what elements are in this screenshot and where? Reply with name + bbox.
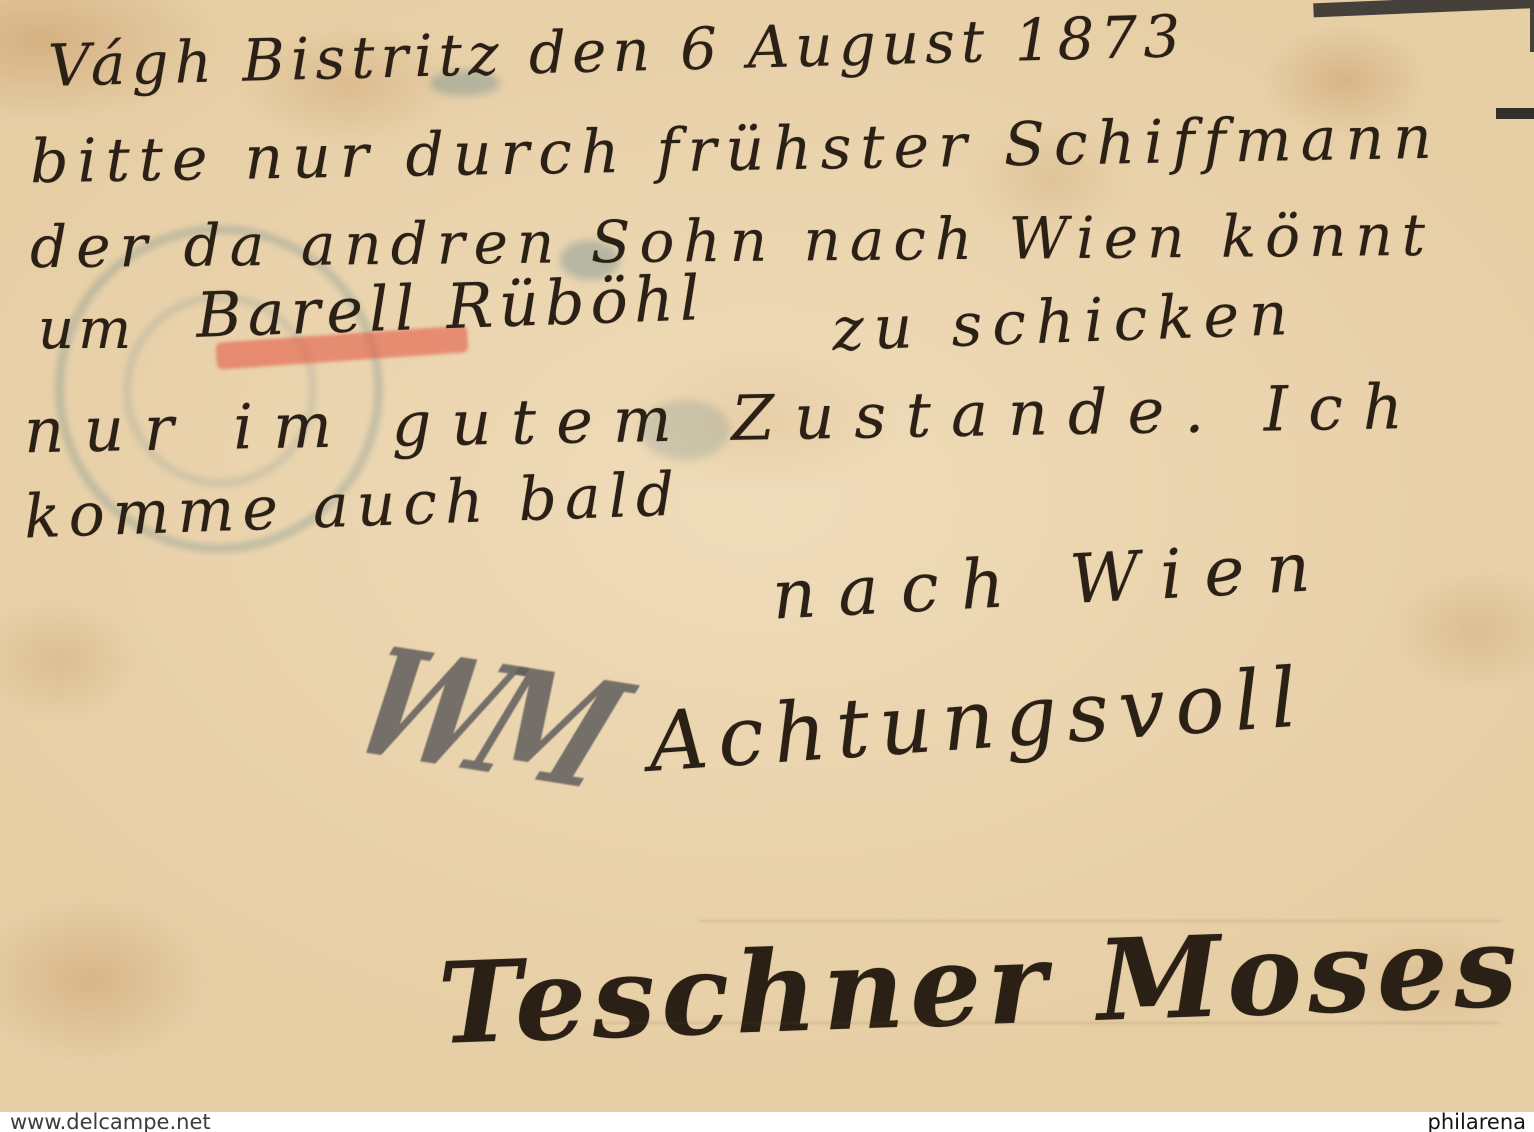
watermark-left: www.delcampe.net [10,1111,211,1132]
paper-crease [700,920,1500,922]
scan-edge [1496,108,1534,119]
body-line-2: der da andren Sohn nach Wien könnt [30,206,1434,276]
body-line-5b: nach Wien [771,533,1334,630]
pencil-note: WM [328,616,636,821]
postcard-scan: Vágh Bistritz den 6 August 1873 bitte nu… [0,0,1534,1132]
signature: Teschner Moses [436,911,1524,1061]
closing: Achtungsvoll [646,657,1309,785]
paper-crease [600,1022,1500,1024]
watermark-band: www.delcampe.net philarena [0,1112,1534,1132]
body-line-3-highlighted: Barell Rüböhl [195,267,706,347]
body-line-3-word: um [38,302,135,358]
body-line-3-rest: zu schicken [831,284,1298,360]
scan-edge [1530,0,1534,52]
watermark-right: philarena [1428,1111,1526,1132]
dateline: Vágh Bistritz den 6 August 1873 [47,7,1186,95]
body-line-1: bitte nur durch frühster Schiffmann [30,108,1442,193]
scan-edge [1313,0,1534,17]
